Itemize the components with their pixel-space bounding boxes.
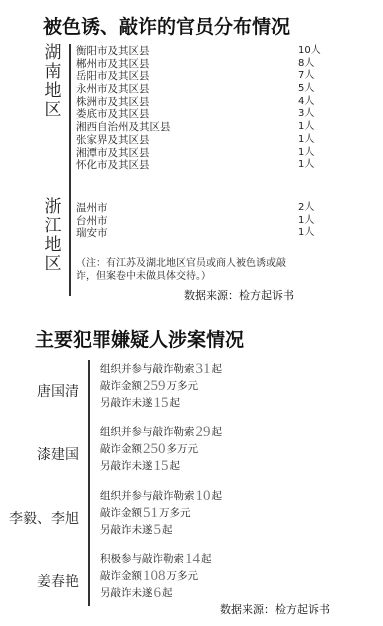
suspect-name: 李毅、李旭 <box>9 508 79 528</box>
city-name: 衡阳市及其区县 <box>76 45 150 58</box>
list-item: 湘西自治州及其区县1人 <box>76 121 326 134</box>
list-item: 郴州市及其区县8人 <box>76 58 326 71</box>
city-name: 瑞安市 <box>76 227 108 240</box>
official-count: 7人 <box>298 70 326 83</box>
region-label-zhejiang: 浙江地区 <box>43 198 63 274</box>
extortion-amount: 259 <box>142 378 167 394</box>
city-name: 株洲市及其区县 <box>76 96 150 109</box>
zhejiang-city-list: 温州市2人 台州市1人 瑞安市1人 <box>76 202 326 240</box>
suspect-details: 组织并参与敲诈勒索10起 敲诈金额51万多元 另敲诈未遂5起 <box>100 488 222 539</box>
official-count: 5人 <box>298 83 326 96</box>
list-item: 湘潭市及其区县1人 <box>76 147 326 160</box>
list-item: 岳阳市及其区县7人 <box>76 70 326 83</box>
attempted-count: 6 <box>153 585 163 601</box>
official-count: 1人 <box>298 215 326 228</box>
list-item: 娄底市及其区县3人 <box>76 108 326 121</box>
city-name: 湘西自治州及其区县 <box>76 121 171 134</box>
official-count: 1人 <box>298 159 326 172</box>
attempted-extortion-line: 另敲诈未遂15起 <box>100 395 222 412</box>
extortion-amount-line: 敲诈金额51万多元 <box>100 505 222 522</box>
suspect-name: 唐国清 <box>37 381 79 401</box>
data-source-label: 数据来源：检方起诉书 <box>220 601 330 617</box>
official-count: 10人 <box>298 45 326 58</box>
extortion-amount: 108 <box>142 568 167 584</box>
city-name: 台州市 <box>76 215 108 228</box>
extortion-count-line: 组织并参与敲诈勒索31起 <box>100 361 222 378</box>
suspect-details: 组织并参与敲诈勒索31起 敲诈金额259万多元 另敲诈未遂15起 <box>100 361 222 412</box>
attempted-count: 5 <box>153 522 163 538</box>
attempted-extortion-line: 另敲诈未遂15起 <box>100 458 222 475</box>
suspects-title: 主要犯罪嫌疑人涉案情况 <box>35 325 244 352</box>
official-count: 1人 <box>298 147 326 160</box>
list-item: 衡阳市及其区县10人 <box>76 45 326 58</box>
suspect-block: 漆建国 组织并参与敲诈勒索29起 敲诈金额250多万元 另敲诈未遂15起 <box>0 424 383 486</box>
suspect-details: 组织并参与敲诈勒索29起 敲诈金额250多万元 另敲诈未遂15起 <box>100 424 222 475</box>
suspect-name: 漆建国 <box>37 444 79 464</box>
section1-divider <box>69 44 71 296</box>
extortion-amount: 51 <box>142 505 159 521</box>
official-count: 1人 <box>298 227 326 240</box>
attempted-extortion-line: 另敲诈未遂6起 <box>100 585 212 602</box>
extortion-count-line: 组织并参与敲诈勒索29起 <box>100 424 222 441</box>
extortion-count-line: 积极参与敲诈勒索14起 <box>100 551 212 568</box>
footnote: （注：有江苏及湖北地区官员或商人被色诱或敲诈，但案卷中未做具体交待。） <box>76 257 286 283</box>
suspect-name: 姜春艳 <box>37 571 79 591</box>
city-name: 湘潭市及其区县 <box>76 147 150 160</box>
city-name: 温州市 <box>76 202 108 215</box>
extortion-amount-line: 敲诈金额259万多元 <box>100 378 222 395</box>
extortion-amount: 250 <box>142 441 167 457</box>
attempted-count: 15 <box>153 395 170 411</box>
list-item: 怀化市及其区县1人 <box>76 159 326 172</box>
extortion-amount-line: 敲诈金额250多万元 <box>100 441 222 458</box>
city-name: 永州市及其区县 <box>76 83 150 96</box>
extortion-count: 31 <box>195 361 212 377</box>
attempted-count: 15 <box>153 458 170 474</box>
list-item: 温州市2人 <box>76 202 326 215</box>
region-label-hunan: 湖南地区 <box>43 44 63 120</box>
extortion-count-line: 组织并参与敲诈勒索10起 <box>100 488 222 505</box>
suspect-details: 积极参与敲诈勒索14起 敲诈金额108万多元 另敲诈未遂6起 <box>100 551 212 602</box>
list-item: 台州市1人 <box>76 215 326 228</box>
extortion-count: 10 <box>195 488 212 504</box>
official-count: 1人 <box>298 121 326 134</box>
extortion-amount-line: 敲诈金额108万多元 <box>100 568 212 585</box>
official-count: 8人 <box>298 58 326 71</box>
city-name: 岳阳市及其区县 <box>76 70 150 83</box>
extortion-count: 29 <box>195 424 212 440</box>
official-count: 3人 <box>298 108 326 121</box>
city-name: 怀化市及其区县 <box>76 159 150 172</box>
list-item: 永州市及其区县5人 <box>76 83 326 96</box>
extortion-count: 14 <box>184 551 201 567</box>
hunan-city-list: 衡阳市及其区县10人 郴州市及其区县8人 岳阳市及其区县7人 永州市及其区县5人… <box>76 45 326 172</box>
suspect-block: 唐国清 组织并参与敲诈勒索31起 敲诈金额259万多元 另敲诈未遂15起 <box>0 361 383 423</box>
city-name: 郴州市及其区县 <box>76 58 150 71</box>
official-count: 1人 <box>298 134 326 147</box>
city-name: 张家界及其区县 <box>76 134 150 147</box>
official-count: 2人 <box>298 202 326 215</box>
suspect-block: 李毅、李旭 组织并参与敲诈勒索10起 敲诈金额51万多元 另敲诈未遂5起 <box>0 488 383 550</box>
list-item: 株洲市及其区县4人 <box>76 96 326 109</box>
city-name: 娄底市及其区县 <box>76 108 150 121</box>
list-item: 瑞安市1人 <box>76 227 326 240</box>
list-item: 张家界及其区县1人 <box>76 134 326 147</box>
distribution-title: 被色诱、敲诈的官员分布情况 <box>43 12 290 39</box>
official-count: 4人 <box>298 96 326 109</box>
attempted-extortion-line: 另敲诈未遂5起 <box>100 522 222 539</box>
data-source-label: 数据来源：检方起诉书 <box>184 287 294 303</box>
